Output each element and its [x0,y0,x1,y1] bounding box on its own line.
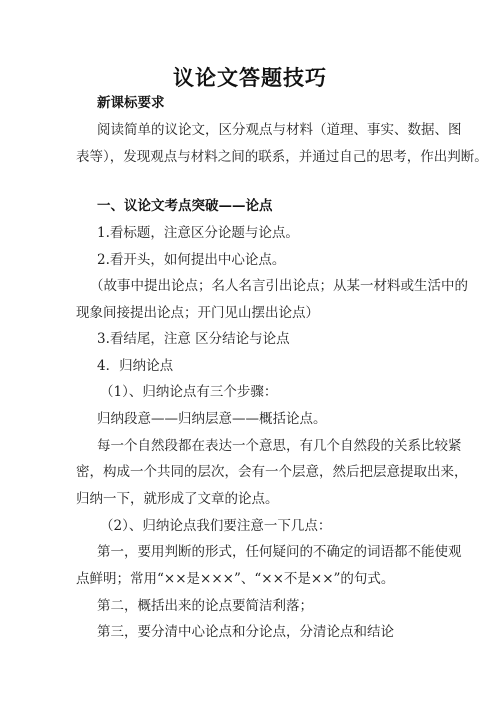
paragraph-line: 第一，要用判断的形式，任何疑问的不确定的词语都不能使观 [97,543,457,561]
document-page: 议论文答题技巧 新课标要求 阅读简单的议论文，区分观点与材料（道理、事实、数据、… [0,0,500,708]
paragraph-line: 阅读简单的议论文，区分观点与材料（道理、事实、数据、图 [97,121,457,139]
sub-item: （2）、归纳论点我们要注意一下几点： [100,517,460,535]
section-heading-argument: 一、议论文考点突破——论点 [97,197,457,215]
list-item: 1.看标题，注意区分论题与论点。 [97,224,457,242]
list-item: 4．归纳论点 [97,357,457,375]
paragraph-line: 每一个自然段都在表达一个意思，有几个自然段的关系比较紧 [97,437,457,455]
list-item: 2.看开头，如何提出中心论点。 [97,251,457,269]
paragraph-line: 点鲜明；常用“××是×××”、“××不是××”的句式。 [76,570,436,588]
list-item: 3.看结尾，注意 区分结论与论点 [97,330,457,348]
paragraph-line: 现象间接提出论点；开门见山摆出论点） [76,304,436,322]
paragraph-line: 密，构成一个共同的层次，会有一个层意，然后把层意提取出来， [76,463,436,481]
paragraph-line: 第二，概括出来的论点要简洁利落； [97,597,457,615]
section-heading-requirements: 新课标要求 [97,94,457,112]
document-title: 议论文答题技巧 [0,62,500,92]
sub-item: （1）、归纳论点有三个步骤： [100,383,460,401]
paragraph-line: （故事中提出论点；名人名言引出论点；从某一材料或生活中的 [90,277,450,295]
paragraph-line: 归纳一下，就形成了文章的论点。 [76,490,436,508]
paragraph-line: 第三，要分清中心论点和分论点，分清论点和结论 [97,623,457,641]
paragraph-line: 表等），发现观点与材料之间的联系，并通过自己的思考，作出判断。 [76,148,436,166]
paragraph-line: 归纳段意——归纳层意——概括论点。 [97,410,457,428]
